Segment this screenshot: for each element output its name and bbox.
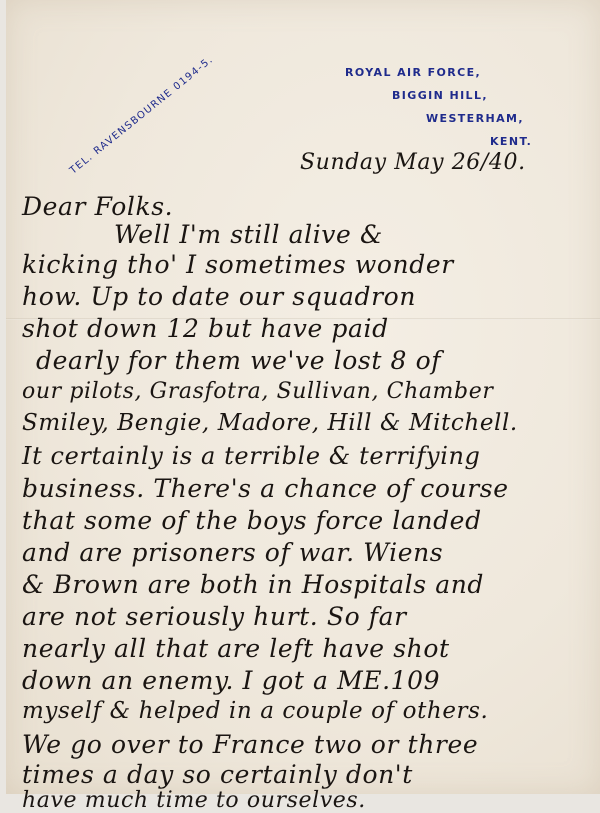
letter-line: are not seriously hurt. So far [22, 602, 407, 631]
letter-line: how. Up to date our squadron [22, 282, 416, 311]
letter-line: have much time to ourselves. [22, 788, 366, 800]
letterhead-address-line: KENT. [490, 135, 532, 148]
letter-line: kicking tho' I sometimes wonder [22, 250, 454, 279]
letter-line: Smiley, Bengie, Madore, Hill & Mitchell. [22, 410, 518, 436]
letter-line: that some of the boys force landed [22, 506, 482, 535]
letter-date: Sunday May 26/40. [300, 150, 526, 175]
letterhead-address-line: BIGGIN HILL, [392, 89, 488, 102]
letterhead-address-line: WESTERHAM, [426, 112, 524, 125]
letterhead-address-line: ROYAL AIR FORCE, [345, 66, 481, 79]
letter-page: TEL. RAVENSBOURNE 0194-5. ROYAL AIR FORC… [6, 0, 600, 794]
letter-salutation: Dear Folks. [22, 192, 173, 221]
letter-line: myself & helped in a couple of others. [22, 698, 488, 724]
letter-line: dearly for them we've lost 8 of [36, 346, 441, 375]
letter-line: times a day so certainly don't [22, 760, 413, 789]
letter-line: down an enemy. I got a ME.109 [22, 666, 440, 695]
letterhead-telephone: TEL. RAVENSBOURNE 0194-5. [68, 54, 216, 176]
letter-line: business. There's a chance of course [22, 474, 509, 503]
letter-line: and are prisoners of war. Wiens [22, 538, 443, 567]
letter-line: shot down 12 but have paid [22, 314, 389, 343]
letter-line: nearly all that are left have shot [22, 634, 450, 663]
letter-line: Well I'm still alive & [114, 220, 383, 249]
letter-line: & Brown are both in Hospitals and [22, 570, 484, 599]
letter-line: our pilots, Grasfotra, Sullivan, Chamber [22, 379, 493, 404]
letter-line: It certainly is a terrible & terrifying [22, 442, 481, 470]
letter-line: We go over to France two or three [22, 730, 478, 759]
